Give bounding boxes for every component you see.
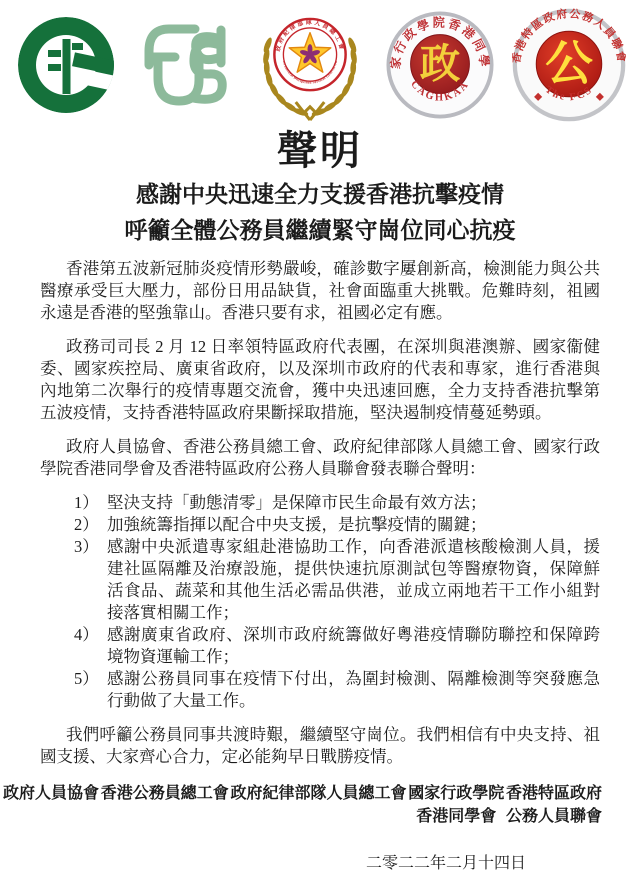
logo-row: 政府紀律部隊人員總工會 Governmental Disciplined Ser… (0, 0, 640, 120)
list-item-text: 感謝公務員同事在疫情下付出，為圍封檢測、隔離檢測等突發應急行動做了大量工作。 (107, 668, 600, 712)
gdsgu-logo-icon: 政府紀律部隊人員總工會 Governmental Disciplined Ser… (253, 7, 367, 123)
signatory-name: 國家行政學院 (408, 782, 504, 805)
list-item-text: 加強統籌指揮以配合中央支援，是抗擊疫情的關鍵； (107, 514, 600, 536)
signatory: 政府人員協會 (3, 782, 99, 828)
signatory-name-line2: 公務人員聯會 (506, 805, 602, 828)
signatory: 香港公務員總工會 (101, 782, 229, 828)
paragraph-3: 政府人員協會、香港公務員總工會、政府紀律部隊人員總工會、國家行政學院香港同學會及… (40, 436, 600, 480)
list-item: 4） 感謝廣東省政府、深圳市政府統籌做好粵港疫情聯防聯控和保障跨境物資運輸工作； (74, 624, 600, 668)
list-item: 1） 堅決支持「動態清零」是保障市民生命最有效方法； (74, 492, 600, 514)
paragraph-2: 政務司司長 2 月 12 日率領特區政府代表團，在深圳與港澳辦、國家衞健委、國家… (40, 336, 600, 424)
subtitle-line-1: 感謝中央迅速全力支援香港抗擊疫情 (0, 179, 640, 210)
list-item-number: 2） (74, 514, 107, 536)
statement-list: 1） 堅決支持「動態清零」是保障市民生命最有效方法； 2） 加強統籌指揮以配合中… (74, 492, 600, 712)
signatory-name: 政府紀律部隊人員總工會 (230, 782, 406, 805)
signatory-name: 政府人員協會 (3, 782, 99, 805)
list-item-number: 4） (74, 624, 107, 668)
gcsu-logo-icon (135, 15, 235, 115)
list-item: 2） 加強統籌指揮以配合中央支援，是抗擊疫情的關鍵； (74, 514, 600, 536)
signature-block: 政府人員協會 香港公務員總工會 政府紀律部隊人員總工會 國家行政學院 香港同學會… (0, 782, 640, 828)
page-title: 聲明 (0, 128, 640, 174)
fcs-center-glyph: 公 (545, 39, 593, 91)
list-item-text: 感謝中央派遣專家組赴港協助工作，向香港派遣核酸檢測人員，援建社區隔離及治療設施，… (107, 536, 600, 624)
signatory: 香港特區政府 公務人員聯會 (506, 782, 602, 828)
date-line: 二零二二年二月十四日 (0, 850, 640, 873)
list-item: 3） 感謝中央派遣專家組赴港協助工作，向香港派遣核酸檢測人員，援建社區隔離及治療… (74, 536, 600, 624)
fcs-logo-icon: 公 香港特區政府公務人員聯會 The FCS (512, 8, 626, 122)
signatory: 國家行政學院 香港同學會 (408, 782, 504, 828)
signatory-name: 香港特區政府 (506, 782, 602, 805)
document-body: 香港第五波新冠肺炎疫情形勢嚴峻，確診數字屢創新高，檢測能力與公共醫療承受巨大壓力… (0, 258, 640, 768)
subtitle-line-2: 呼籲全體公務員繼續緊守崗位同心抗疫 (0, 215, 640, 246)
caghkaa-logo-icon: 政 國家行政學院香港同學會 CAGHKAA (386, 11, 494, 119)
signatory-name-line2: 香港同學會 (408, 805, 504, 828)
list-item-number: 5） (74, 668, 107, 712)
signatory: 政府紀律部隊人員總工會 (230, 782, 406, 828)
list-item: 5） 感謝公務員同事在疫情下付出，為圍封檢測、隔離檢測等突發應急行動做了大量工作… (74, 668, 600, 712)
gea-logo-icon (16, 15, 116, 115)
list-item-number: 1） (74, 492, 107, 514)
list-item-text: 感謝廣東省政府、深圳市政府統籌做好粵港疫情聯防聯控和保障跨境物資運輸工作； (107, 624, 600, 668)
signatory-name: 香港公務員總工會 (101, 782, 229, 805)
closing-paragraph: 我們呼籲公務員同事共渡時艱，繼續堅守崗位。我們相信有中央支持、祖國支援、大家齊心… (40, 724, 600, 768)
list-item-number: 3） (74, 536, 107, 624)
caghkaa-center-glyph: 政 (419, 42, 460, 87)
paragraph-1: 香港第五波新冠肺炎疫情形勢嚴峻，確診數字屢創新高，檢測能力與公共醫療承受巨大壓力… (40, 258, 600, 324)
list-item-text: 堅決支持「動態清零」是保障市民生命最有效方法； (107, 492, 600, 514)
